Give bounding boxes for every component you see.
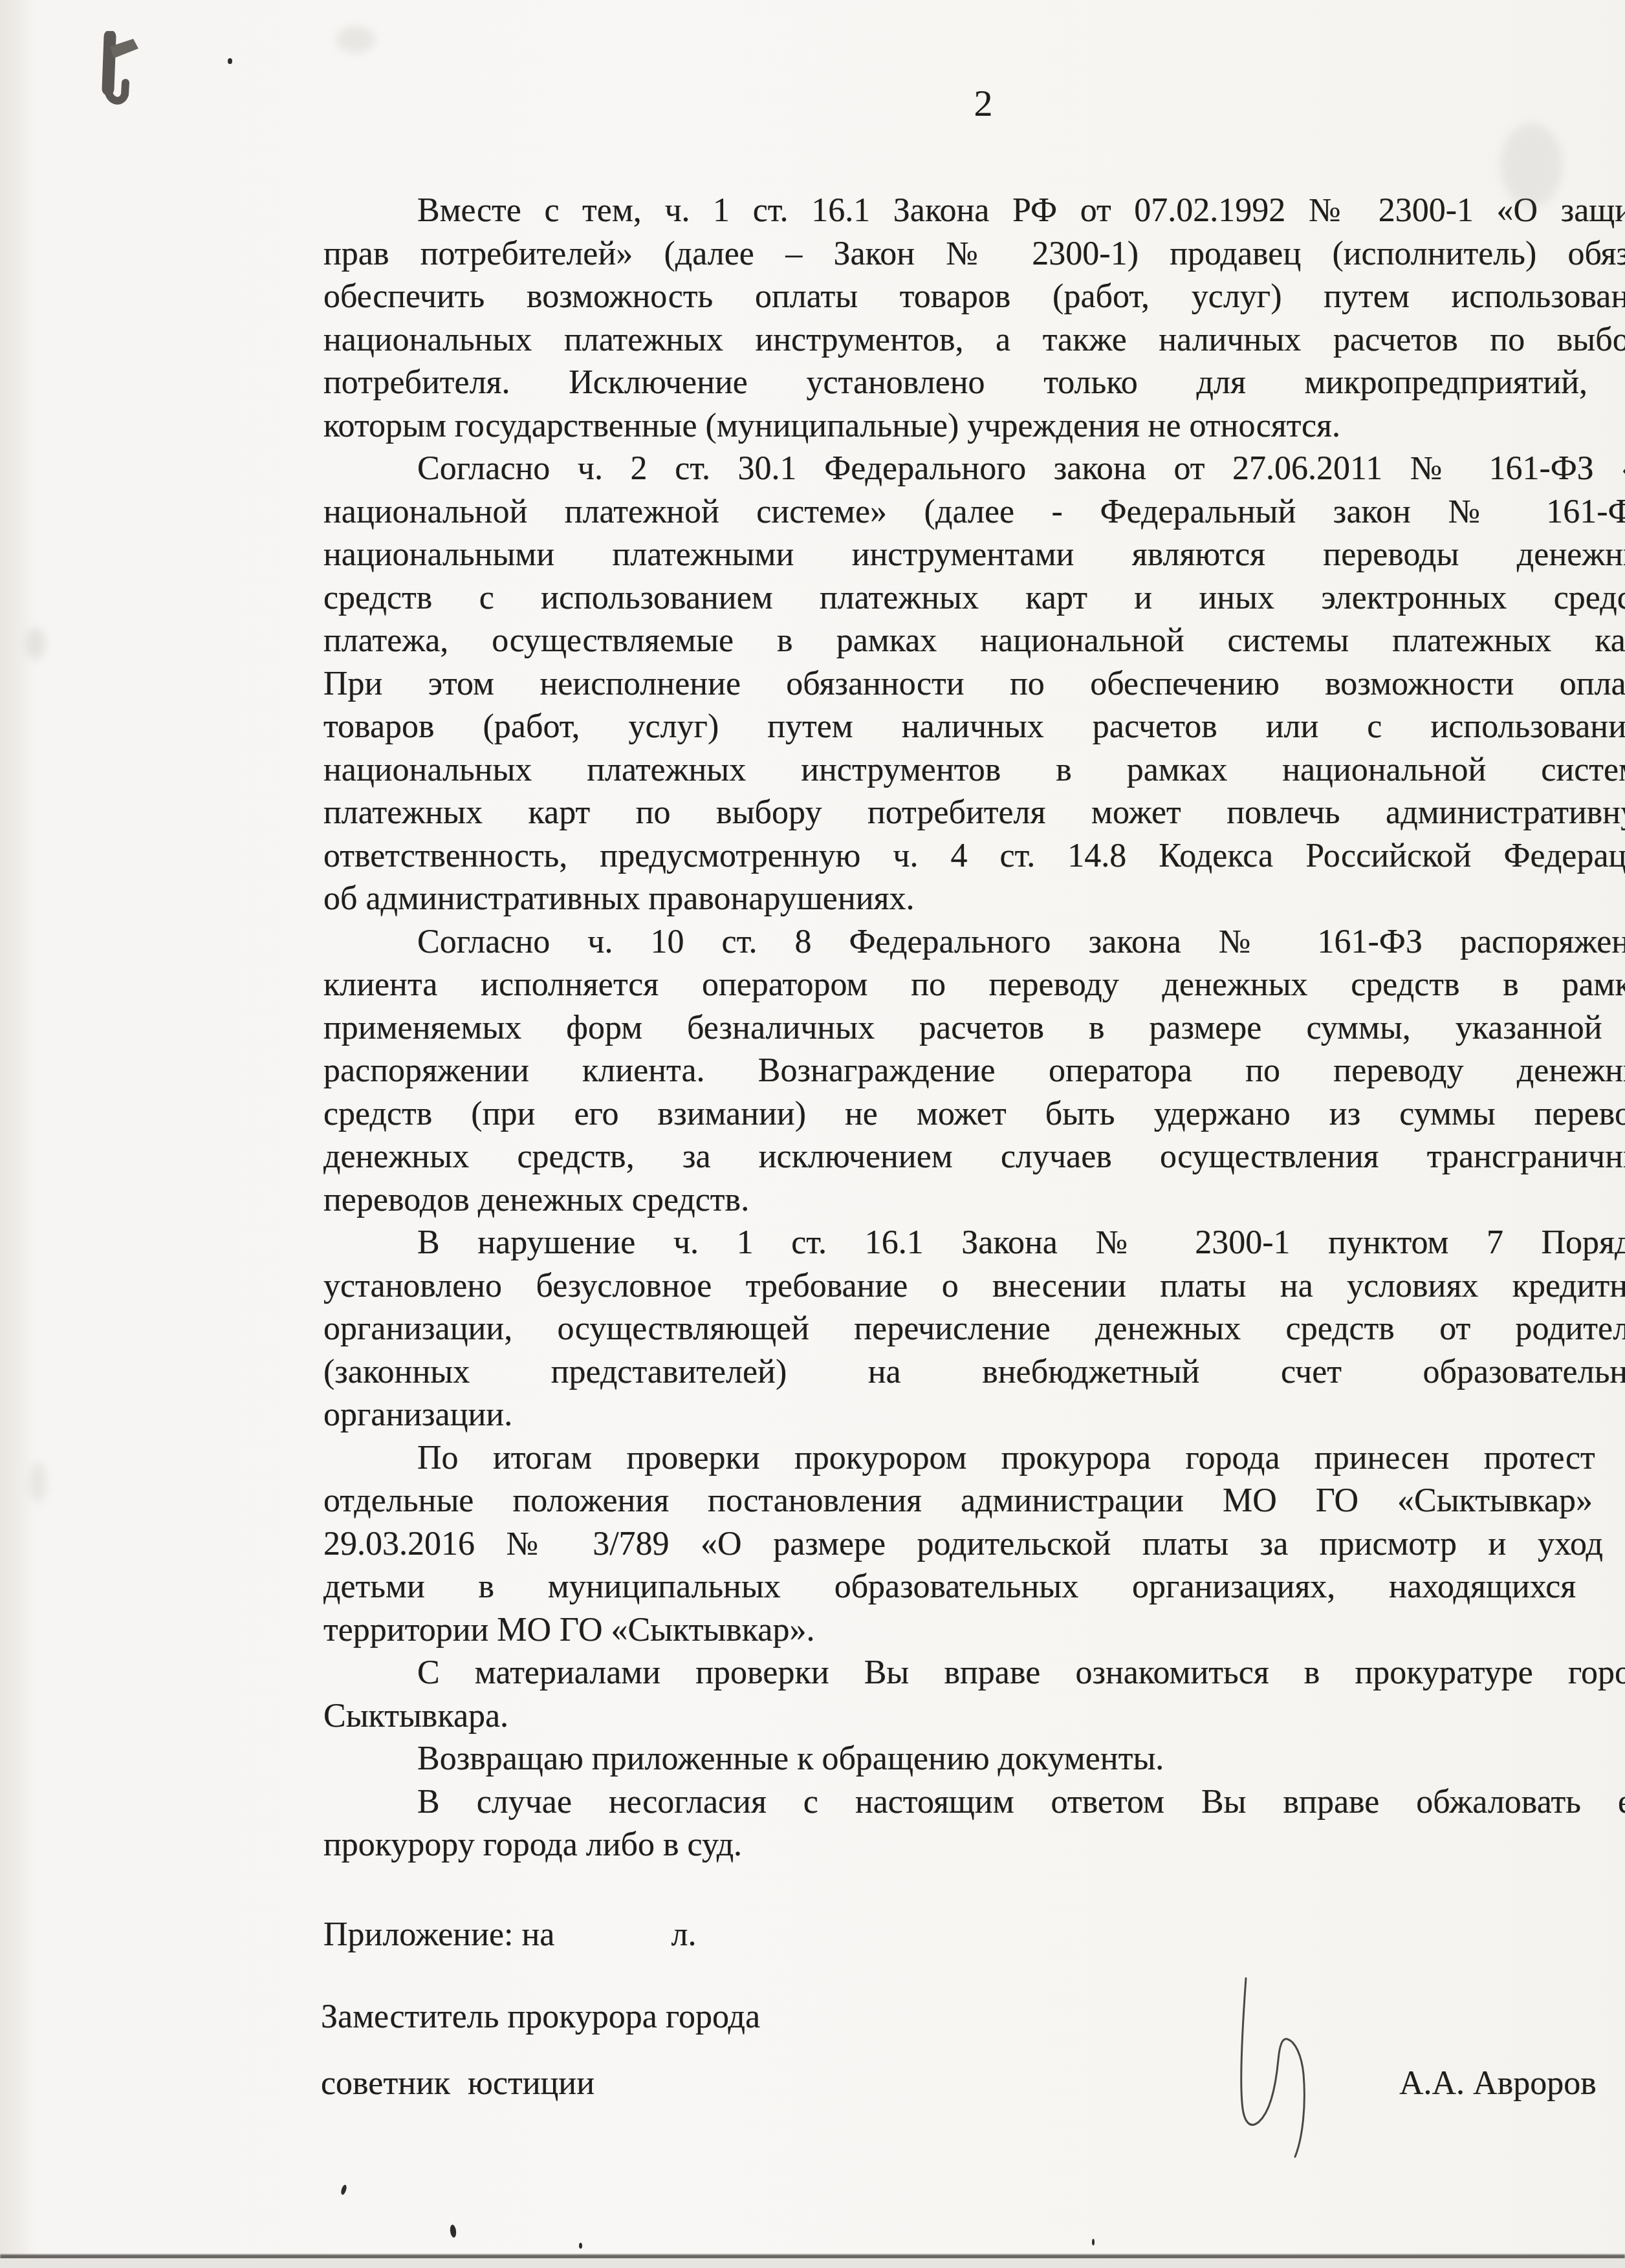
attachment-line: Приложение: нал. bbox=[323, 1913, 696, 1956]
scanner-bed-area bbox=[0, 2258, 1625, 2268]
signature-stroke bbox=[1215, 1976, 1367, 2160]
text-line: При этом неисполнение обязанности по обе… bbox=[323, 663, 1625, 706]
text-line: По итогам проверки прокурором прокурора … bbox=[323, 1437, 1625, 1480]
text-line: потребителя. Исключение установлено толь… bbox=[323, 362, 1625, 405]
text-line: национальными платежными инструментами я… bbox=[323, 534, 1625, 577]
text-line: платежа, осуществляемые в рамках национа… bbox=[323, 620, 1625, 663]
page-number: 2 bbox=[948, 81, 1019, 125]
scan-speck bbox=[228, 58, 232, 64]
text-line: клиента исполняется оператором по перево… bbox=[323, 964, 1625, 1007]
scan-speck bbox=[1092, 2239, 1095, 2245]
paragraph: В нарушение ч. 1 ст. 16.1 Закона № 2300-… bbox=[323, 1222, 1625, 1437]
text-line: установлено безусловное требование о вне… bbox=[323, 1265, 1625, 1308]
text-line: денежных средств, за исключением случаев… bbox=[323, 1136, 1625, 1179]
text-line: национальных платежных инструментов, а т… bbox=[323, 319, 1625, 362]
text-line: обеспечить возможность оплаты товаров (р… bbox=[323, 275, 1625, 319]
document-body: Вместе с тем, ч. 1 ст. 16.1 Закона РФ от… bbox=[323, 189, 1625, 1867]
paragraph: Согласно ч. 10 ст. 8 Федерального закона… bbox=[323, 921, 1625, 1222]
text-line: ответственность, предусмотренную ч. 4 ст… bbox=[323, 835, 1625, 878]
text-line: детьми в муниципальных образовательных о… bbox=[323, 1566, 1625, 1609]
scan-smudge bbox=[336, 26, 375, 53]
scanner-edge-shadow bbox=[0, 0, 31, 2268]
text-line: об административных правонарушениях. bbox=[323, 878, 1625, 921]
scan-speck bbox=[450, 2224, 457, 2238]
text-line: Возвращаю приложенные к обращению докуме… bbox=[323, 1738, 1625, 1781]
text-line: 29.03.2016 № 3/789 «О размере родительск… bbox=[323, 1523, 1625, 1566]
text-line: (законных представителей) на внебюджетны… bbox=[323, 1351, 1625, 1394]
text-line: прав потребителей» (далее – Закон № 2300… bbox=[323, 233, 1625, 276]
text-line: организации. bbox=[323, 1394, 1625, 1437]
text-line: средств (при его взимании) не может быть… bbox=[323, 1093, 1625, 1136]
text-line: Согласно ч. 10 ст. 8 Федерального закона… bbox=[323, 921, 1625, 964]
text-line: Сыктывкара. bbox=[323, 1695, 1625, 1738]
signer-title-line1: Заместитель прокурора города bbox=[321, 1995, 760, 2038]
text-line: национальной платежной системе» (далее -… bbox=[323, 491, 1625, 534]
text-line: организации, осуществляющей перечисление… bbox=[323, 1308, 1625, 1351]
paragraph: С материалами проверки Вы вправе ознаком… bbox=[323, 1652, 1625, 1738]
signer-name: А.А. Авроров bbox=[1399, 2062, 1625, 2105]
scan-smudge bbox=[1501, 123, 1562, 207]
paragraph: По итогам проверки прокурором прокурора … bbox=[323, 1437, 1625, 1652]
text-line: переводов денежных средств. bbox=[323, 1179, 1625, 1222]
staple-mark bbox=[88, 31, 141, 114]
text-line: национальных платежных инструментов в ра… bbox=[323, 749, 1625, 792]
scan-smudge bbox=[26, 627, 45, 660]
attachment-suffix: л. bbox=[671, 1916, 696, 1953]
text-line: прокурору города либо в суд. bbox=[323, 1824, 1625, 1867]
scanned-document-page: 2 Вместе с тем, ч. 1 ст. 16.1 Закона РФ … bbox=[0, 0, 1625, 2268]
text-line: Вместе с тем, ч. 1 ст. 16.1 Закона РФ от… bbox=[323, 189, 1625, 233]
text-line: В нарушение ч. 1 ст. 16.1 Закона № 2300-… bbox=[323, 1222, 1625, 1265]
scan-speck bbox=[340, 2184, 348, 2195]
signer-title-line2: советник юстиции bbox=[321, 2062, 594, 2105]
text-line: применяемых форм безналичных расчетов в … bbox=[323, 1007, 1625, 1050]
scan-speck bbox=[579, 2243, 582, 2249]
text-line: Согласно ч. 2 ст. 30.1 Федерального зако… bbox=[323, 448, 1625, 491]
text-line: территории МО ГО «Сыктывкар». bbox=[323, 1609, 1625, 1652]
scan-smudge bbox=[30, 1462, 47, 1503]
text-line: платежных карт по выбору потребителя мож… bbox=[323, 792, 1625, 835]
text-line: С материалами проверки Вы вправе ознаком… bbox=[323, 1652, 1625, 1695]
attachment-label: Приложение: на bbox=[323, 1916, 554, 1953]
paragraph: В случае несогласия с настоящим ответом … bbox=[323, 1781, 1625, 1867]
text-line: В случае несогласия с настоящим ответом … bbox=[323, 1781, 1625, 1824]
text-line: товаров (работ, услуг) путем наличных ра… bbox=[323, 706, 1625, 749]
paragraph: Согласно ч. 2 ст. 30.1 Федерального зако… bbox=[323, 448, 1625, 921]
text-line: отдельные положения постановления админи… bbox=[323, 1480, 1625, 1523]
text-line: которым государственные (муниципальные) … bbox=[323, 405, 1625, 448]
paragraph: Вместе с тем, ч. 1 ст. 16.1 Закона РФ от… bbox=[323, 189, 1625, 448]
text-line: средств с использованием платежных карт … bbox=[323, 577, 1625, 620]
text-line: распоряжении клиента. Вознаграждение опе… bbox=[323, 1050, 1625, 1093]
paragraph: Возвращаю приложенные к обращению докуме… bbox=[323, 1738, 1625, 1781]
